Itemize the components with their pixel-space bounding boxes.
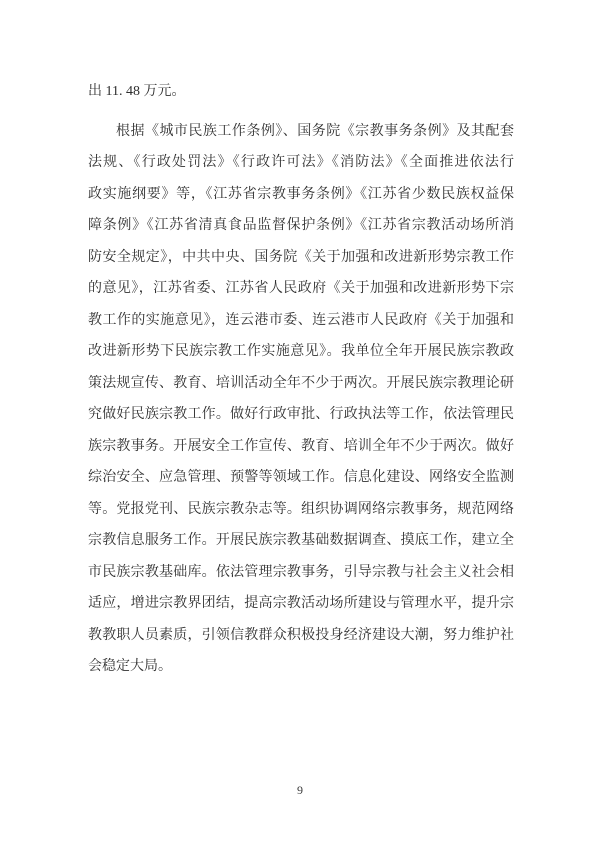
text-line: 综治安全、应急管理、预警等领域工作。信息化建设、网络安全监测 [88, 462, 514, 494]
text-line: 防安全规定》，中共中央、国务院《关于加强和改进新形势宗教工作 [88, 242, 514, 274]
text-line: 宗教信息服务工作。开展民族宗教基础数据调查、摸底工作，建立全 [88, 525, 514, 557]
text-line: 的意见》，江苏省委、江苏省人民政府《关于加强和改进新形势下宗 [88, 273, 514, 305]
text-line: 会稳定大局。 [88, 651, 514, 683]
text-line: 教工作的实施意见》，连云港市委、连云港市人民政府《关于加强和 [88, 305, 514, 337]
text-line: 族宗教事务。开展安全工作宣传、教育、培训全年不少于两次。做好 [88, 431, 514, 463]
text-line: 究做好民族宗教工作。做好行政审批、行政执法等工作，依法管理民 [88, 399, 514, 431]
text-line: 根据《城市民族工作条例》、国务院《宗教事务条例》及其配套 [88, 116, 514, 148]
text-line: 出 11. 48 万元。 [88, 76, 514, 108]
text-line: 障条例》《江苏省清真食品监督保护条例》《江苏省宗教活动场所消 [88, 210, 514, 242]
text-line: 等。党报党刊、民族宗教杂志等。组织协调网络宗教事务，规范网络 [88, 494, 514, 526]
page-number: 9 [0, 782, 600, 798]
text-line: 策法规宣传、教育、培训活动全年不少于两次。开展民族宗教理论研 [88, 368, 514, 400]
body-text: 出 11. 48 万元。根据《城市民族工作条例》、国务院《宗教事务条例》及其配套… [88, 76, 514, 683]
text-line: 法规、《行政处罚法》《行政许可法》《消防法》《全面推进依法行 [88, 147, 514, 179]
document-page: 出 11. 48 万元。根据《城市民族工作条例》、国务院《宗教事务条例》及其配套… [0, 0, 600, 848]
text-line: 市民族宗教基础库。依法管理宗教事务，引导宗教与社会主义社会相 [88, 557, 514, 589]
text-line: 适应，增进宗教界团结，提高宗教活动场所建设与管理水平，提升宗 [88, 588, 514, 620]
text-line: 政实施纲要》等，《江苏省宗教事务条例》《江苏省少数民族权益保 [88, 179, 514, 211]
text-line: 改进新形势下民族宗教工作实施意见》。我单位全年开展民族宗教政 [88, 336, 514, 368]
text-line: 教教职人员素质，引领信教群众积极投身经济建设大潮，努力维护社 [88, 620, 514, 652]
